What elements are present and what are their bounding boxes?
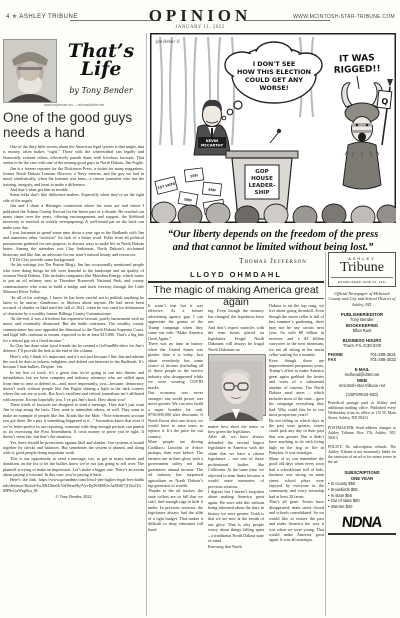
masthead-established: ESTABLISHED JUNE 24, 1911 bbox=[331, 277, 393, 284]
newspaper-opinion-page: 4 ✯ ASHLEY TRIBUNE OPINION JANUARY 11, 2… bbox=[0, 0, 400, 618]
bubble-text-line1: I DON'T SEE bbox=[253, 60, 296, 68]
list-item: So Clay has done what loyal friends do; … bbox=[3, 343, 144, 354]
omdahl-column-1: It wasn’t true but it was effective. As … bbox=[148, 303, 203, 615]
pull-quote: “Our liberty depends on the freedom of t… bbox=[150, 228, 396, 254]
column-byline: by Tony Bender bbox=[58, 86, 144, 95]
q-flag-letter: Q bbox=[381, 97, 389, 107]
tony-bender-portrait-art bbox=[4, 40, 56, 102]
masthead-official-text: Official Newspaper of McIntosh County an… bbox=[328, 291, 396, 308]
editorial-cartoon: Joe Heller © I DON'T SEE HOW THIS ELECTI… bbox=[150, 33, 396, 223]
list-item: “In his writings (on The Prairie Blog), … bbox=[3, 262, 144, 294]
shout-line1: IT WAS bbox=[339, 53, 375, 64]
bubble-text-line4: WORSE! bbox=[259, 84, 288, 92]
list-item: This is our opportunity to send a messag… bbox=[3, 456, 144, 478]
masthead-brand-name: Tribune bbox=[331, 261, 393, 275]
omdahl-column-2-text-top: ing. Even though the treasury has change… bbox=[208, 308, 264, 351]
author-contact-line: www.tonybender.net — redhead@drtel.net bbox=[4, 103, 144, 107]
header-rule-right bbox=[245, 20, 330, 21]
article-paragraphs: One of the dirty little secrets about th… bbox=[3, 144, 144, 477]
column-title: That’s Life bbox=[58, 42, 144, 78]
policy-notice: POLICY: No subscription refunds. The Ash… bbox=[328, 445, 396, 465]
fax-label: FAX bbox=[328, 357, 336, 362]
subscriptions-block: SUBSCRIPTIONS ONE YEAR • In county $50• … bbox=[328, 469, 396, 510]
list-item: Jim and I share a Hettinger connection w… bbox=[3, 203, 144, 230]
fax-number: 701-288-3532 bbox=[370, 357, 396, 362]
usps-number: (USPS#033-940) bbox=[328, 392, 396, 397]
masthead-sidebar: ASHLEY Tribune ESTABLISHED JUNE 24, 1911… bbox=[328, 252, 396, 535]
article-body-left: One of the dirty little secrets about th… bbox=[3, 144, 144, 614]
omdahl-portrait-art bbox=[209, 361, 263, 421]
list-item: “In all of his writings, I know he has b… bbox=[3, 295, 144, 317]
omdahl-photo bbox=[208, 354, 266, 416]
podium-sign-line3: LEADER- bbox=[249, 183, 276, 189]
name-tag-line2: MCCARTHY bbox=[201, 144, 224, 148]
gofundme-link: Here’s the link: https://www.gofundme.co… bbox=[3, 477, 144, 493]
issue-date: JANUARY 11, 2022 bbox=[0, 25, 400, 30]
ballot-label-4: 3RD bbox=[208, 188, 216, 193]
ndna-logo: NDNA bbox=[328, 514, 396, 536]
list-item: One of the dirty little secrets about th… bbox=[3, 144, 144, 166]
omdahl-column-3: Dakota is on the top rung, we fret about… bbox=[269, 303, 324, 615]
web-address: mcintosh-star-tribune.net bbox=[328, 383, 396, 388]
list-item: Jim is a former reporter for the Dickins… bbox=[3, 166, 144, 188]
omdahl-rule-bottom bbox=[148, 298, 324, 299]
masthead-staff: PUBLISHER/EDITOR Tony Bender BOOKKEEPING… bbox=[328, 311, 396, 333]
pull-quote-line1: “Our liberty depends on the freedom of t… bbox=[150, 228, 396, 241]
list-item: These kinds of lawsuits are designed to … bbox=[3, 402, 144, 440]
subscriptions-title-line1: SUBSCRIPTIONS bbox=[328, 470, 396, 475]
list-item: Some folks don’t like difference-makers.… bbox=[3, 192, 144, 203]
bubble-text-line3: COULD GET ANY bbox=[245, 76, 303, 84]
list-item: Here’s why I think it’s important, and i… bbox=[3, 354, 144, 370]
ndna-logo-bar bbox=[328, 533, 396, 536]
postmaster-notice: POSTMASTER: Send address changes to Ashl… bbox=[328, 426, 396, 441]
bubble-text-line2: HOW THIS ELECTION bbox=[237, 68, 311, 76]
cartoonist-signature: Joe Heller © bbox=[155, 39, 180, 44]
omdahl-author-name: LLOYD OHMDAHL bbox=[148, 270, 324, 279]
omdahl-column-2: ing. Even though the treasury has change… bbox=[208, 303, 264, 615]
podium-sign-line2: HOUSE bbox=[251, 176, 273, 182]
tony-bender-photo bbox=[3, 39, 57, 103]
omdahl-article-body: It wasn’t true but it was effective. As … bbox=[148, 303, 324, 615]
periodical-notice: Periodical postage paid at Ashley and ad… bbox=[328, 401, 396, 421]
website: WWW.MCINTOSH-STAR-TRIBUNE.COM bbox=[293, 14, 395, 20]
masthead-email-web: E-MAIL redhead@drtel.net WEB mcintosh-st… bbox=[328, 366, 396, 388]
publisher-name: Tony Bender bbox=[328, 317, 396, 322]
article-headline-left: One of the good guys needs a hand bbox=[3, 110, 143, 140]
masthead-brand-box: ASHLEY Tribune ESTABLISHED JUNE 24, 1911 bbox=[328, 252, 396, 287]
masthead-phone-fax: PHONE 701-288-3531 FAX 701-288-3532 bbox=[328, 352, 396, 362]
shout-line2: RIGGED!! bbox=[334, 64, 381, 76]
list-item: Yes, there should be protections against… bbox=[3, 440, 144, 456]
omdahl-rule-top bbox=[148, 281, 324, 283]
list-item: I was fortunate to spend some time about… bbox=[3, 230, 144, 257]
ndna-logo-text: NDNA bbox=[341, 514, 382, 531]
podium-sign-line1: GOP bbox=[255, 169, 268, 175]
hours-value: Thurs.-Fri. 8:30-3:00 bbox=[328, 343, 396, 348]
list-item: In my line of work, it’s a given that we… bbox=[3, 370, 144, 402]
cartoon-art: Joe Heller © I DON'T SEE HOW THIS ELECTI… bbox=[150, 33, 396, 223]
column-divider-left bbox=[146, 33, 147, 616]
omdahl-column-2-text-bottom: matter how short the terms or how green … bbox=[208, 424, 264, 549]
podium-sign-line4: SHIP bbox=[255, 190, 270, 196]
column-divider-right bbox=[325, 252, 326, 616]
subscription-rates: • In county $50• Snowbirds $55• In state… bbox=[328, 481, 396, 510]
list-item: • Internet $40 bbox=[328, 504, 396, 510]
list-item: “In the end, it was a frivolous but expe… bbox=[3, 316, 144, 343]
masthead-hours: BUSINESS HOURS Thurs.-Fri. 8:30-3:00 bbox=[328, 337, 396, 348]
bookkeeping-name: Elliot Rust bbox=[328, 328, 396, 333]
shout-text: IT WAS RIGGED!! bbox=[333, 53, 381, 76]
email-address: redhead@drtel.net bbox=[328, 372, 396, 377]
copyright-line: © Tony Bender, 2022 bbox=[3, 494, 144, 499]
name-tag-line1: KEVIN bbox=[206, 139, 218, 143]
column-title-line2: Life bbox=[58, 60, 144, 78]
